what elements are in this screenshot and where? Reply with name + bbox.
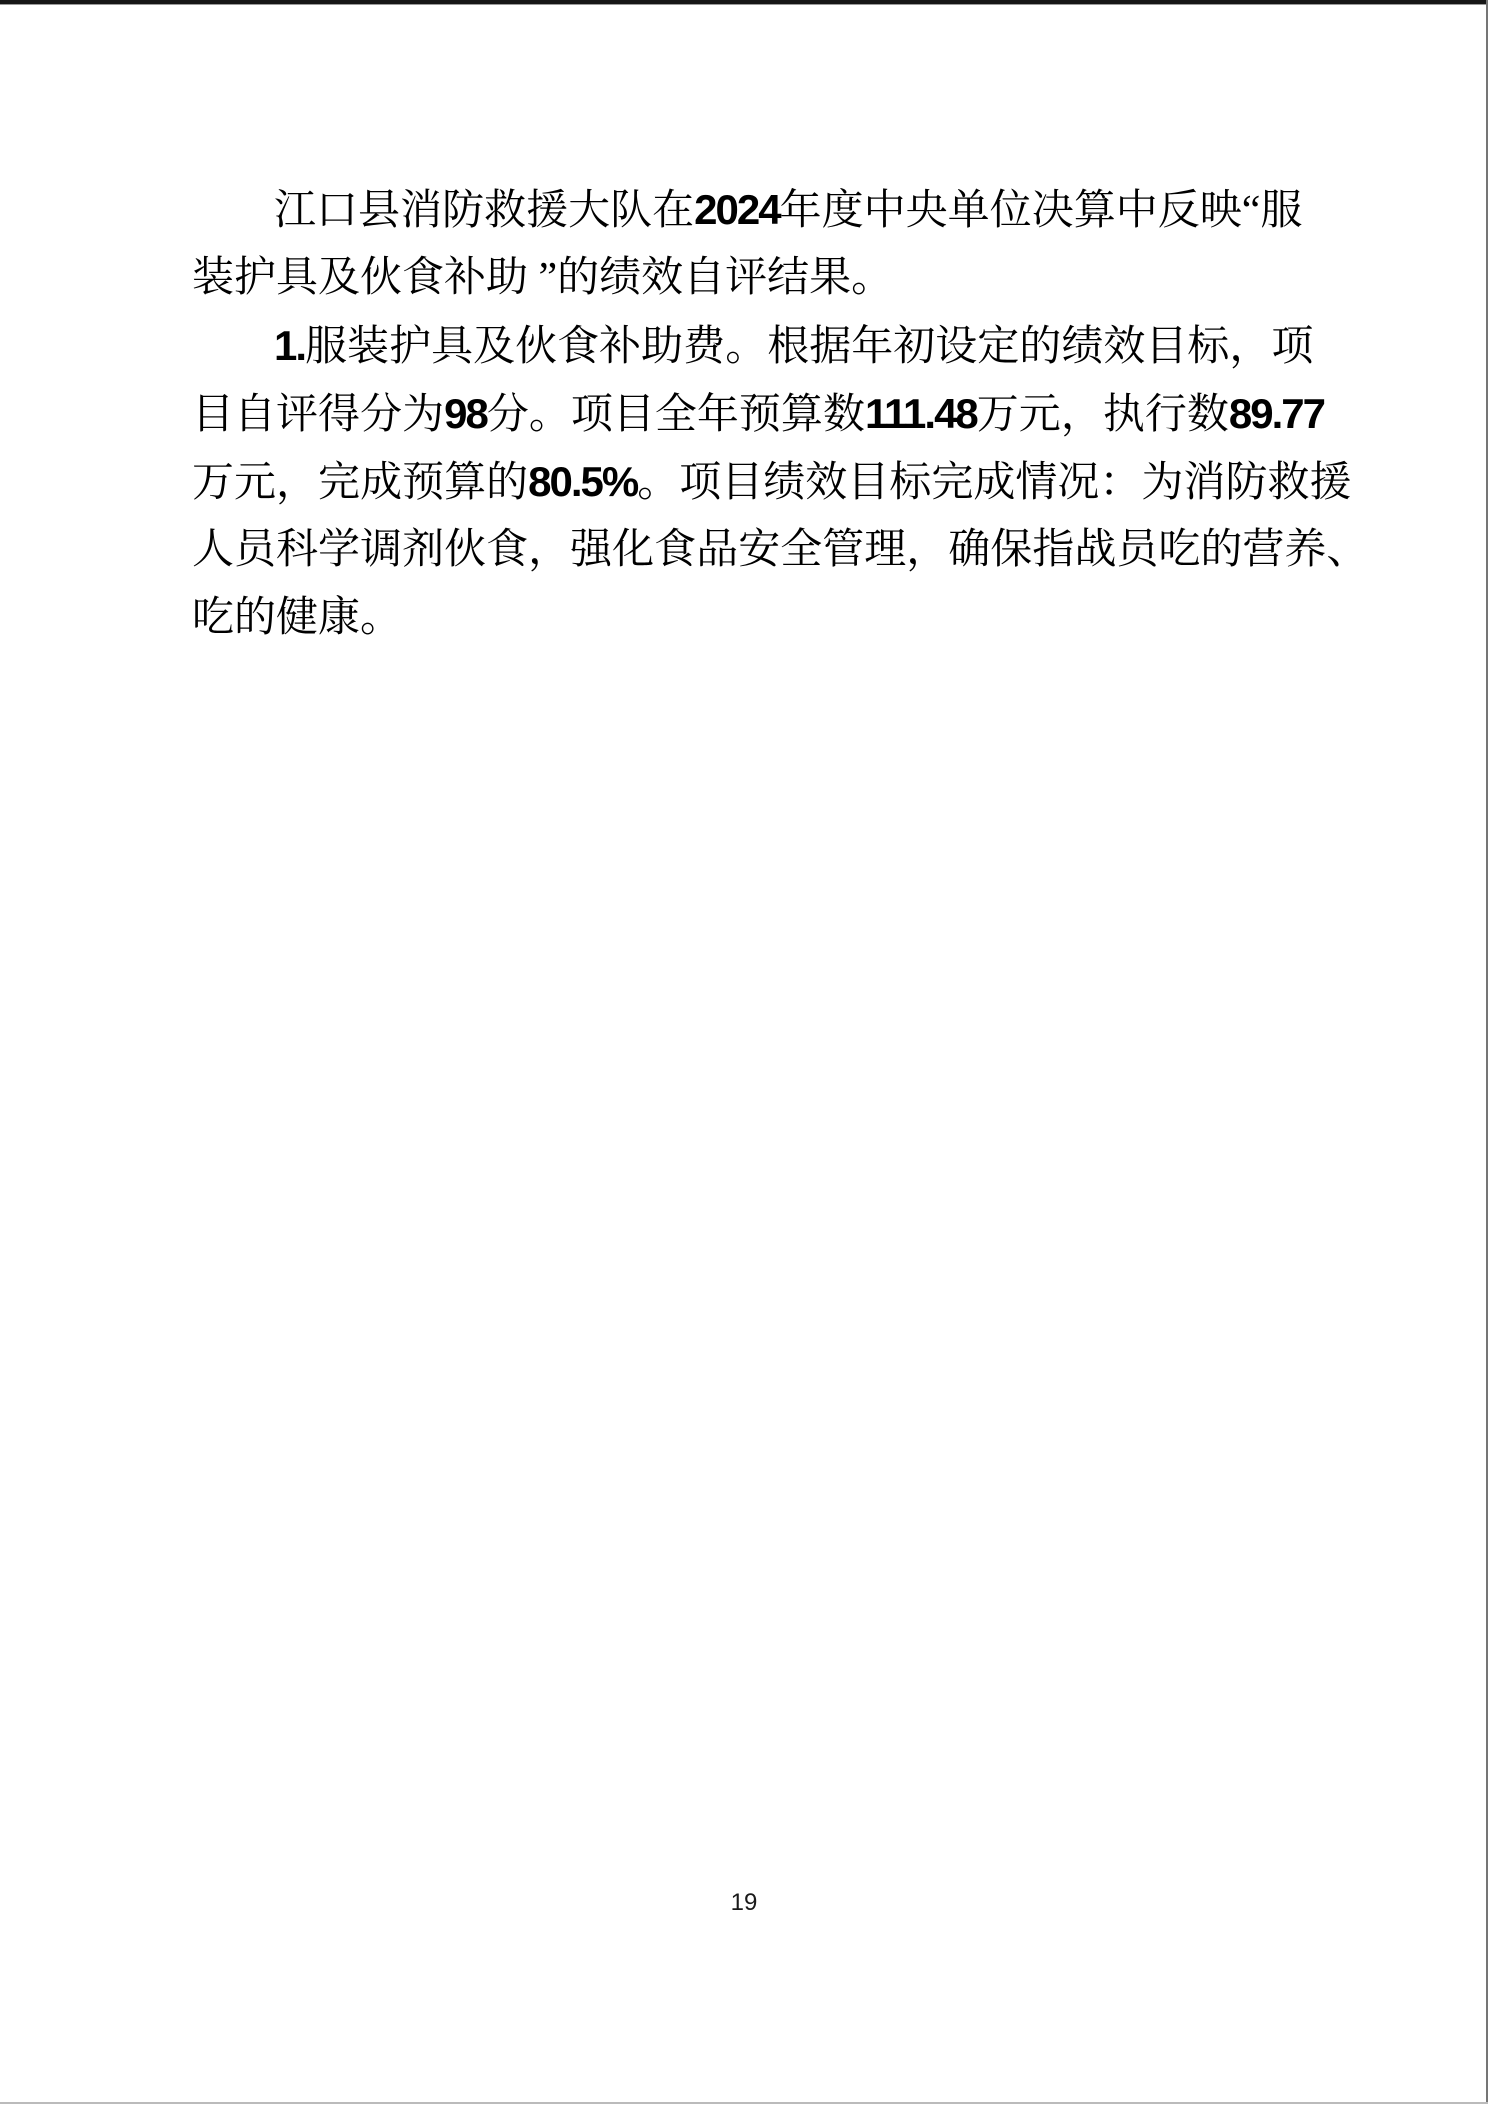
text-line-3: 1.服装护具及伙食补助费。根据年初设定的绩效目标，项 bbox=[192, 312, 1277, 380]
text-line-2: 装护具及伙食补助 ”的绩效自评结果。 bbox=[192, 244, 1277, 312]
page-top-edge bbox=[0, 0, 1488, 4]
text-line-7: 吃的健康。 bbox=[192, 584, 1277, 652]
page-number: 19 bbox=[0, 1888, 1488, 1918]
text-line-4: 目自评得分为98分。项目全年预算数111.48万元，执行数89.77 bbox=[192, 380, 1277, 448]
text-line-1: 江口县消防救援大队在2024年度中央单位决算中反映“服 bbox=[192, 176, 1277, 244]
text-line-5: 万元，完成预算的80.5%。项目绩效目标完成情况：为消防救援 bbox=[192, 448, 1277, 516]
text-line-6: 人员科学调剂伙食，强化食品安全管理，确保指战员吃的营养、 bbox=[192, 516, 1277, 584]
document-page: 江口县消防救援大队在2024年度中央单位决算中反映“服 装护具及伙食补助 ”的绩… bbox=[0, 0, 1488, 2104]
page-body: 江口县消防救援大队在2024年度中央单位决算中反映“服 装护具及伙食补助 ”的绩… bbox=[192, 176, 1277, 652]
